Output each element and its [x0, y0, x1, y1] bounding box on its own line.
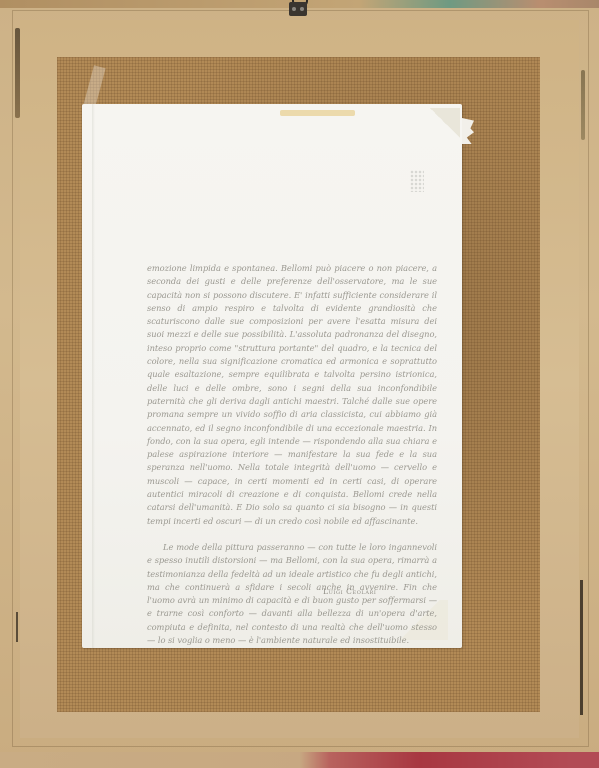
paragraph-1: emozione limpida e spontanea. Bellomi pu…	[147, 262, 437, 528]
page-corner-fold	[430, 108, 460, 138]
author-signature: Luigi Ceolari	[323, 587, 376, 596]
right-frame-crack	[580, 580, 583, 715]
page-body-text: emozione limpida e spontanea. Bellomi pu…	[147, 262, 437, 647]
left-tape-residue	[15, 28, 20, 118]
paragraph-2: Le mode della pittura passeranno — con t…	[147, 541, 437, 647]
page-tape-stain	[280, 110, 355, 116]
right-tape-residue	[581, 70, 585, 140]
left-frame-crack	[16, 612, 18, 642]
page-inner-edge	[92, 104, 95, 648]
frame-bottom-edge	[0, 752, 599, 768]
hanger-bracket-icon	[289, 2, 307, 16]
pencil-mark	[410, 170, 424, 192]
